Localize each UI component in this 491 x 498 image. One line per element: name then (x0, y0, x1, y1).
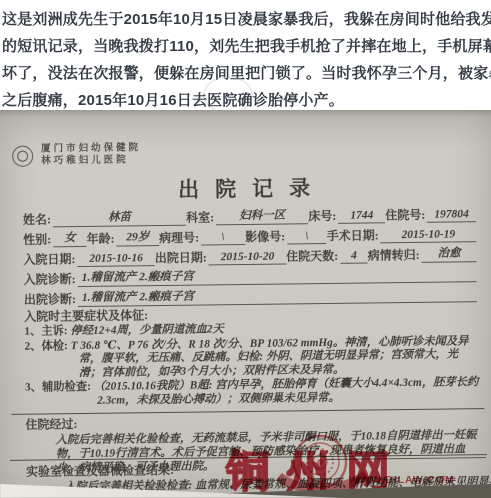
caption-line: 这是刘洲成先生于2015年10月15日凌晨家暴我后，我躲在房间时他给我发 (2, 6, 490, 33)
field-sex: 性别: 女 (23, 229, 87, 248)
field-admission-date: 入院日期: 2015-10-16 (23, 249, 155, 268)
field-imaging-number: 影像号: \ (245, 227, 327, 245)
hospital-emblem-icon (12, 145, 33, 166)
field-value: 4 (340, 250, 368, 264)
document-photo: 厦门市妇幼保健院 林巧稚妇儿医院 出院记录 姓名: 林苗 科室: 妇科一区 (0, 110, 491, 498)
field-department: 科室: 妇科一区 (186, 206, 309, 225)
field-label: 影像号: (245, 227, 287, 245)
field-label: 床号: (308, 207, 338, 224)
field-bed-number: 床号: 1744 (308, 206, 385, 224)
symptom-text: T 36.8 ℃、P 76 次/分、R 18 次/分、BP 103/62 mmH… (71, 335, 469, 379)
field-value: \ (201, 231, 245, 246)
document-title: 出院记录 (0, 170, 490, 206)
field-value: 妇科一区 (216, 206, 309, 225)
field-label: 手术日期: (327, 226, 381, 244)
symptom-text: 停经12+4周，少量阴道流血2天 (70, 323, 223, 337)
field-label: 住院号: (385, 206, 427, 224)
symptom-label: 2、体检: (24, 340, 67, 353)
field-age: 年龄: 29岁 (86, 228, 159, 247)
field-value: \ (287, 230, 327, 244)
field-value: 1.稽留流产 2.瘢痕子宫 (78, 284, 477, 307)
field-label: 出院日期: (155, 248, 209, 266)
hospital-name-line2: 林巧稚妇儿医院 (41, 155, 129, 166)
hospital-name-line1: 厦门市妇幼保健院 (41, 143, 141, 154)
field-value: 2015-10-20 (209, 251, 287, 266)
field-label: 入院日期: (23, 250, 77, 268)
field-value: 治愈 (422, 244, 477, 263)
field-label: 住院天数: (286, 247, 340, 265)
field-value: 2015-10-16 (77, 252, 155, 267)
field-days-hospitalized: 住院天数: 4 (286, 247, 368, 265)
field-surgery-date: 手术日期: 2015-10-19 (327, 225, 477, 244)
field-value: 林苗 (53, 208, 186, 228)
screenshot-root: 这是刘洲成先生于2015年10月15日凌晨家暴我后，我躲在房间时他给我发 的短讯… (0, 0, 491, 498)
field-value: 1744 (338, 209, 385, 224)
field-label: 性别: (23, 230, 53, 247)
field-value: 2015-10-19 (381, 228, 477, 243)
field-outcome: 病情转归: 治愈 (368, 244, 477, 263)
field-admission-number: 住院号: 197804 (385, 205, 476, 223)
hospital-logo: 厦门市妇幼保健院 林巧稚妇儿医院 (12, 142, 141, 168)
field-label: 入院诊断: (24, 270, 78, 288)
site-watermark-url: WWW.DILAW.COM (349, 474, 455, 486)
field-label: 病情转归: (368, 246, 422, 264)
field-value: 197804 (427, 208, 476, 223)
field-label: 出院诊断: (24, 290, 78, 308)
form-fields: 姓名: 林苗 科室: 妇科一区 床号: 1744 住院号: 197804 (23, 202, 477, 308)
field-value: 29岁 (116, 228, 159, 247)
symptom-label: 3、辅助检查: (25, 381, 91, 394)
field-value: 女 (53, 229, 87, 247)
symptom-label: 1、主诉: (24, 325, 67, 338)
field-label: 病理号: (159, 229, 201, 247)
field-pathology-number: 病理号: \ (159, 228, 245, 246)
symptom-text: （2015.10.16我院）B超: 宫内早孕，胚胎停育（妊囊大小4.4×4.3c… (94, 377, 479, 407)
field-discharge-date: 出院日期: 2015-10-20 (155, 248, 287, 267)
symptom-item: 2、体检: T 36.8 ℃、P 76 次/分、R 18 次/分、BP 103/… (24, 335, 479, 381)
symptom-item: 3、辅助检查: （2015.10.16我院）B超: 宫内早孕，胚胎停育（妊囊大小… (25, 377, 480, 410)
symptoms-section: 入院时主要症状及体征: 1、主诉: 停经12+4周，少量阴道流血2天 2、体检:… (24, 304, 480, 409)
field-name: 姓名: 林苗 (23, 208, 186, 228)
hospital-name: 厦门市妇幼保健院 林巧稚妇儿医院 (41, 142, 141, 167)
field-label: 姓名: (23, 210, 53, 227)
caption-line: 的短讯记录，当晚我拨打110，刘先生把我手机抢了并摔在地上，手机屏幕 (2, 33, 490, 60)
field-label: 科室: (186, 208, 216, 225)
faint-circle-artifact (203, 76, 253, 114)
field-label: 年龄: (86, 230, 116, 247)
